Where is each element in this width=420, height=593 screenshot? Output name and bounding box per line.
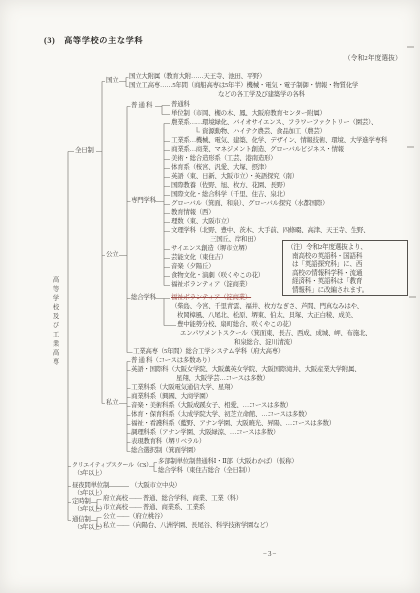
duration-label: （3年以上） xyxy=(74,471,105,477)
branch-label-creative-school: クリエイティブスクール（CS） xyxy=(72,463,152,469)
document-page: (3) 高等学校の主な学科 （令和2年度選抜） 高等学校及び工業高専 全日制 国… xyxy=(0,0,420,593)
note-line: 経済科・英語科は「教育 xyxy=(287,278,407,287)
branch-label-fulltime: 全日制 xyxy=(75,148,94,155)
public-kosen-line: 工業高専（5年間）総合工学システム学科（府大高専） xyxy=(133,349,284,356)
private-item: 商業科系（興國、大商学園） xyxy=(131,394,212,401)
specialized-item: 音楽（夕陽丘） xyxy=(171,264,214,271)
page-number: −3− xyxy=(263,551,277,558)
duration-label: （3年以上） xyxy=(74,491,105,497)
specialized-item: グローバル（箕面、和泉）、グローバル探究（水都国際） xyxy=(171,201,328,208)
private-item: 星翔、大阪学芸…コースは多数） xyxy=(176,376,269,383)
comprehensive-item: 豊中能勢分校、扇町総合、咲くやこの花） xyxy=(177,322,295,329)
private-item: 総合選択制（箕面学園） xyxy=(131,448,199,455)
specialized-item: 理数（東、大阪市立） xyxy=(171,219,233,226)
scan-edge-marks xyxy=(407,47,416,297)
national-line-1: 国立大附属（教育大附……天王寺、池田、平野） xyxy=(129,74,265,81)
private-item: 英語・国際科（大阪女学院、大阪薫英女学院、大阪国際滝井、大阪産業大学附属、 xyxy=(131,367,360,374)
specialized-item: 商業系…商業、マネジメント創造、グローバルビジネス・情報 xyxy=(171,147,344,154)
comprehensive-item: 枚岡樟風、八尾北、松原、堺東、伯太、貝塚、大正白稜、成美、 xyxy=(177,313,357,320)
specialized-item: 教育情報（西） xyxy=(171,210,214,217)
note-line: （注）令和2年度選抜より、 xyxy=(287,244,407,253)
comprehensive-struck-item: 福祉ボランティア（淀商業） xyxy=(171,295,251,302)
branch-label-part-time: 定時制 xyxy=(72,499,91,506)
creative-school-item: 多部制単位制普通科Ⅰ・Ⅱ部（大阪わかば）（仮称） xyxy=(158,459,298,466)
general-item: 単位制（市岡、槻の木、鳳、大阪府教育センター附属） xyxy=(171,111,326,118)
comprehensive-item: エンパワメントスクール（箕面東、長吉、西成、成城、岬、布施北、 xyxy=(180,331,371,338)
national-branch-lines xyxy=(119,78,129,87)
part-time-item: 府立高校 ―― 普通、総合学科、商業、工業（科） xyxy=(103,496,242,503)
branch-label-national: 国立 xyxy=(106,78,118,85)
specialized-item: 美術・総合造形系（工芸、港南造形） xyxy=(171,156,276,163)
private-item: 福祉・看護科系（藍野、アナン学園、大阪暁光、昇陽、…コースは多数） xyxy=(131,421,335,428)
root-vertical-label: 高等学校及び工業高専 xyxy=(51,276,58,367)
specialized-item: 文理学科（北野、豊中、茨木、大手前、四條畷、高津、天王寺、生野、 xyxy=(171,228,369,235)
comprehensive-item: 和泉総合、淀川清流） xyxy=(234,340,296,347)
specialized-item: 工業系…機械、電気、建築、化学、デザイン、情報技術、環境、大学進学専科 xyxy=(171,138,387,145)
specialized-item: 食物文化・演劇（咲くやこの花） xyxy=(171,273,264,280)
note-box: （注）令和2年度選抜より、 南高校の英語科・国語科 は「英語探究科」に、西 高校… xyxy=(282,240,408,296)
duration-label: （3年以上） xyxy=(74,507,105,513)
national-line-2: 国立工高専……5年間（商船高専は5年半）機械・電気・電子制御・情報・物質化学 xyxy=(129,83,358,90)
correspondence-item: 公立 ――（府立桃谷） xyxy=(103,514,166,521)
branch-label-private: 私立 xyxy=(106,400,118,407)
group-label-general: 普 通 科 xyxy=(131,103,152,110)
selection-year-label: （令和2年度選抜） xyxy=(344,56,402,63)
specialized-item: 体育系（桜宮、汎愛、大塚、摂津） xyxy=(171,165,270,172)
note-line: 情報科」に改編されます。 xyxy=(287,287,407,296)
private-item: 音楽・美術科系（大阪成蹊女子、相愛、…コースは多数） xyxy=(131,403,292,410)
branch-label-correspondence: 通信制 xyxy=(72,517,91,524)
creative-school-item: 総合学科（東住吉総合（全日制）） xyxy=(158,468,254,475)
private-item: 調理科系（アナン学園、大阪緑涼、…コースは多数） xyxy=(131,430,279,437)
specialized-item: 福祉ボランティア（淀商業） xyxy=(171,282,251,289)
private-item: 体育・保育科系（太成学院大学、初芝立命館、…コースは多数） xyxy=(131,412,310,419)
note-line: は「英語探究科」に、西 xyxy=(287,261,407,270)
private-item: 工業科系（大阪電気通信大学、星翔） xyxy=(131,385,236,392)
page-title: (3) 高等学校の主な学科 xyxy=(44,37,143,45)
group-label-specialized: 専門学科 xyxy=(131,198,156,205)
specialized-item: 国際文化・総合科学（千里、住吉、泉北） xyxy=(171,192,289,199)
specialized-item: サイエンス創造（堺市立堺） xyxy=(171,246,251,253)
branch-label-day-night-credit: 昼夜間単位制 xyxy=(72,483,109,490)
specialized-item: 資源動物、ハイテク農芸、食品加工（農芸） xyxy=(202,129,326,136)
group-label-comprehensive: 総合学科 xyxy=(131,295,156,302)
correspondence-item: 私立 ――（向陽台、八洲学園、長尾谷、科学技術学園など） xyxy=(103,523,272,530)
private-branch-lines xyxy=(119,362,131,452)
private-item: 普 通 科（コースは多数あり） xyxy=(131,358,214,365)
specialized-item: 国際教養（佐野、旭、枚方、花園、長野） xyxy=(171,183,289,190)
comprehensive-item: （柴島、今宮、千里青雲、福井、枚方なぎさ、芦間、門真なみはや、 xyxy=(171,304,363,311)
note-line: 南高校の英語科・国語科 xyxy=(287,253,407,262)
private-item: 表現教育科（堺リベラル） xyxy=(131,439,205,446)
day-night-credit-item: （大阪市立中央） xyxy=(131,483,181,490)
national-line-3: などの各工学及び建築学の各科 xyxy=(218,92,305,99)
general-item: 普通科 xyxy=(171,102,190,109)
specialized-item: 英語（東、日新、大阪市立）・英語探究（南） xyxy=(171,174,298,181)
part-time-item: 市立高校 ―― 普通、商業系、工業系 xyxy=(103,505,205,512)
branch-label-public: 公立 xyxy=(106,252,118,259)
specialized-item: 農業系……環境緑化、バイオサイエンス、フラワーファクトリー（園芸）、 xyxy=(171,120,377,127)
duration-label: （3年以上） xyxy=(74,525,105,531)
specialized-item: 芸能文化（東住吉） xyxy=(171,255,227,262)
specialized-item: 三国丘、岸和田） xyxy=(210,237,260,244)
